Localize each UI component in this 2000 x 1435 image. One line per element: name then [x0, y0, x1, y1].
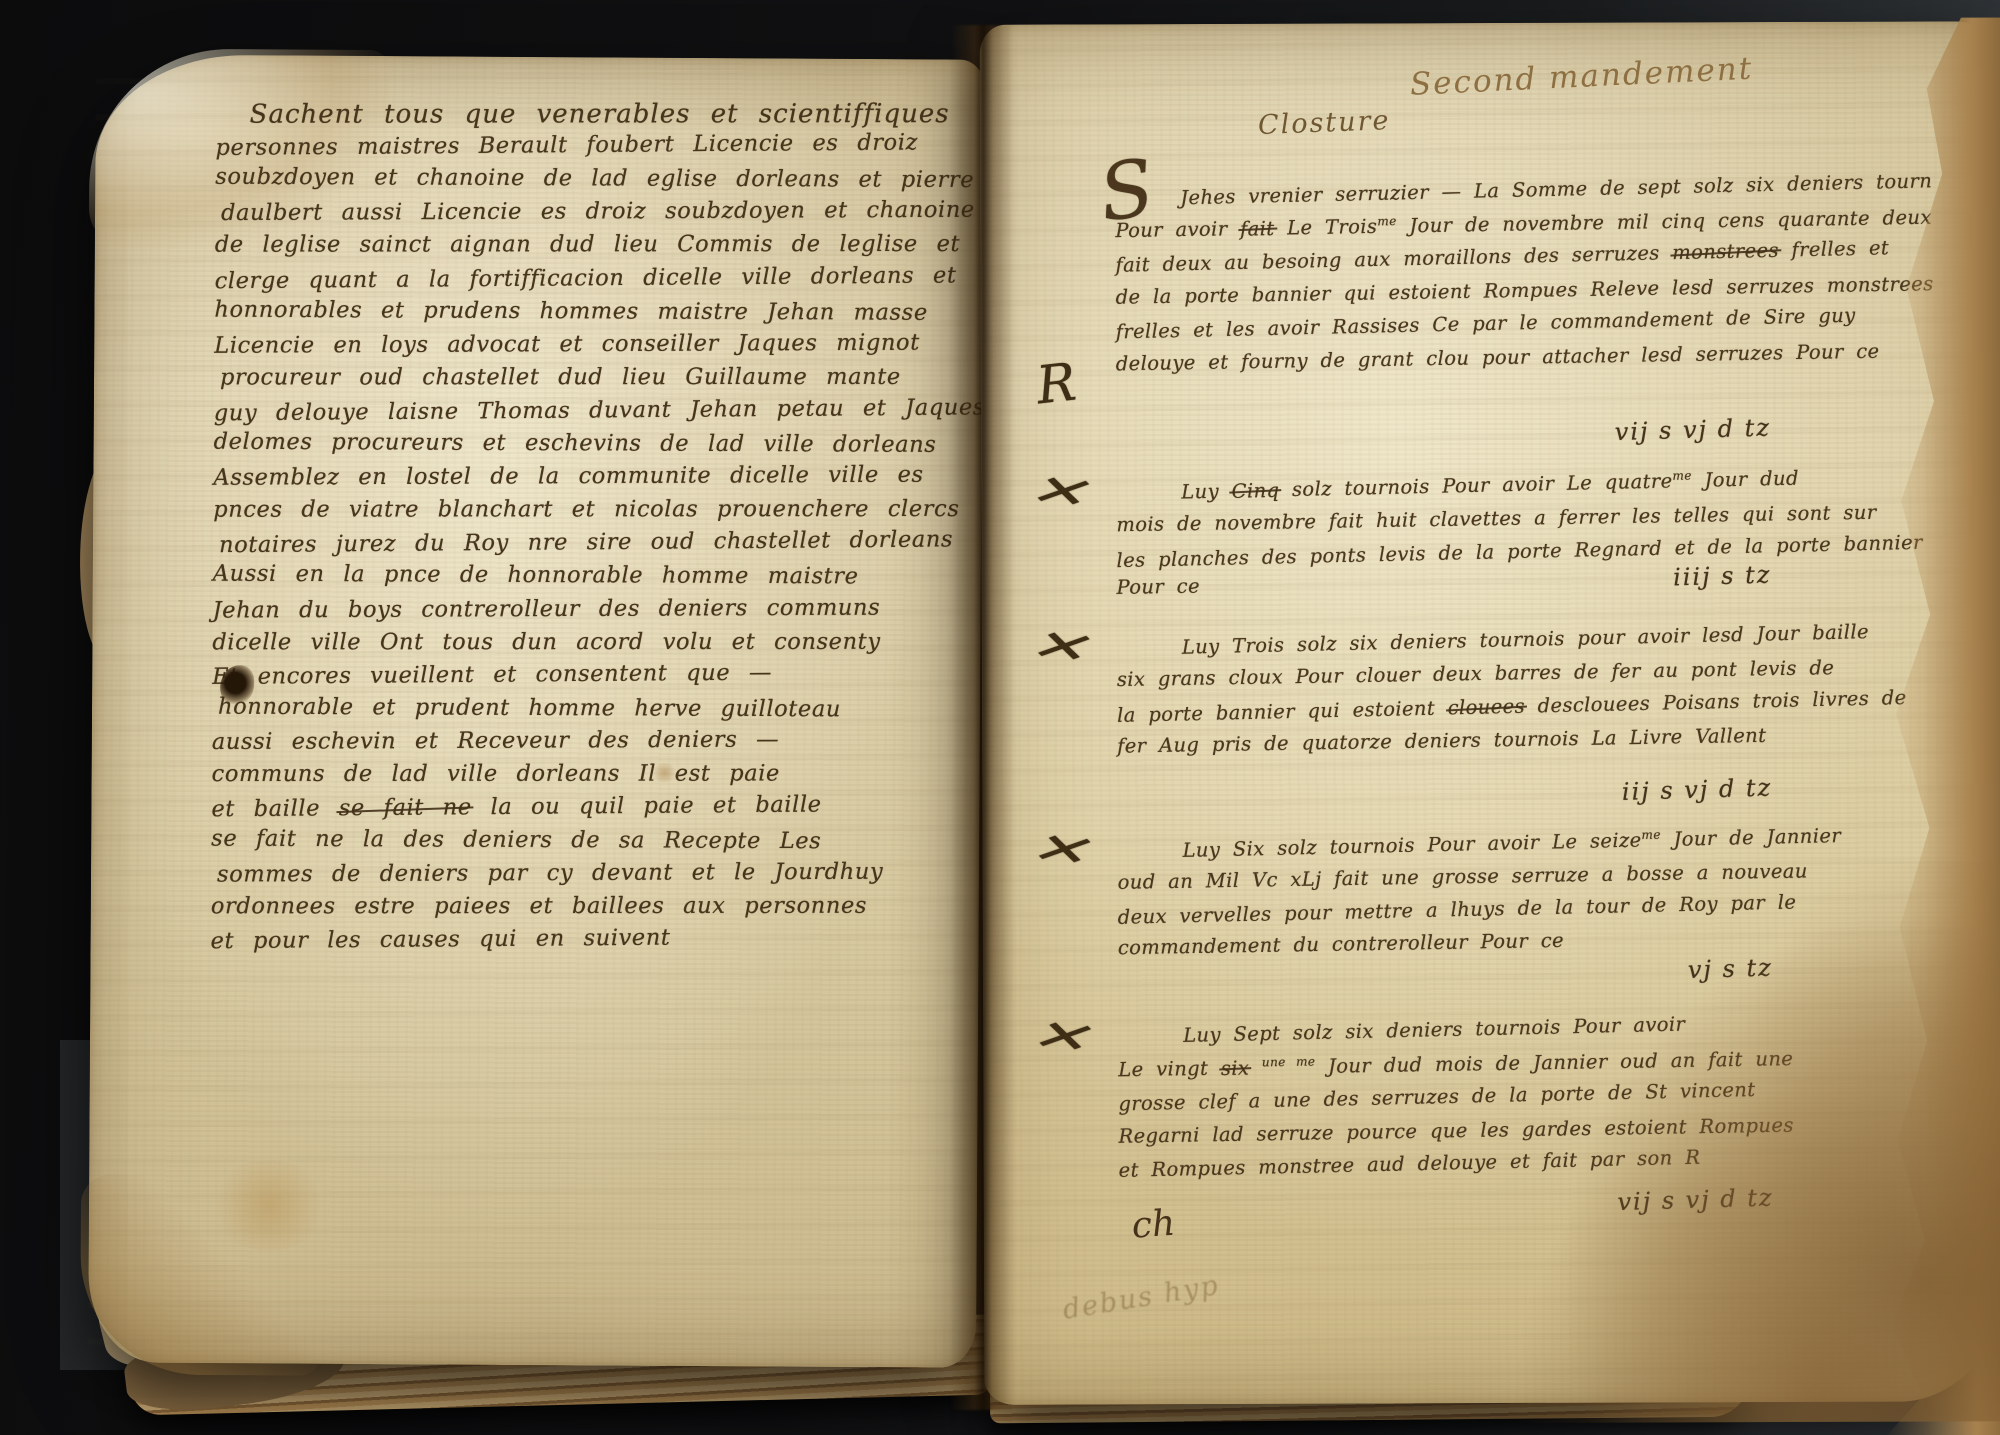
right-page-entries-block: SJehes vrenier serruzier — La Somme de s…: [980, 21, 2000, 25]
entry-cross-mark: ✕: [1026, 822, 1090, 877]
manuscript-photograph: Sachent tous que venerables et scientiff…: [0, 0, 2000, 1435]
book-gutter-shadow: [950, 25, 1014, 1410]
manuscript-line: de leglise sainct aignan dud lieu Commis…: [215, 231, 960, 258]
struck-word: se fait ne: [339, 794, 472, 821]
entry-line: Le vingt six une me Jour dud mois de Jan…: [1118, 1046, 1793, 1081]
entry-line: mois de novembre fait huit clavettes a f…: [1116, 500, 1876, 536]
entry-line: frelles et les avoir Rassises Ce par le …: [1115, 304, 1855, 344]
entry-amount: vj s tz: [1118, 953, 1774, 1000]
manuscript-line: delomes procureurs et eschevins de lad v…: [214, 429, 937, 458]
interlinear-word: me: [1672, 468, 1692, 482]
manuscript-line: honnorable et prudent homme herve guillo…: [218, 693, 841, 722]
entry-line: commandement du contrerolleur Pour ce: [1118, 928, 1565, 958]
manuscript-line: pnces de viatre blanchart et nicolas pro…: [213, 496, 959, 523]
manuscript-line: Licencie en loys advocat et conseiller J…: [214, 329, 920, 358]
manuscript-line: soubzdoyen et chanoine de lad eglise dor…: [215, 164, 974, 193]
marginal-mark: R: [1034, 353, 1079, 417]
manuscript-line: sommes de deniers par cy devant et le Jo…: [217, 859, 883, 888]
manuscript-line: et pour les causes qui en suivent: [211, 924, 671, 954]
left-page: Sachent tous que venerables et scientiff…: [88, 54, 984, 1367]
entry-line: Regarni lad serruze pource que les garde…: [1118, 1113, 1794, 1147]
manuscript-line: Sachent tous que venerables et scientiff…: [250, 99, 950, 130]
entry-line: six grans cloux Pour clouer deux barres …: [1117, 656, 1835, 691]
entry-cross-mark: ✕: [1025, 619, 1089, 674]
entry-line: Luy Trois solz six deniers tournois pour…: [1182, 620, 1870, 659]
clerk-paraph: ch: [1130, 1203, 1176, 1247]
entry-line: Luy Six solz tournois Pour avoir Le seiz…: [1182, 823, 1841, 861]
manuscript-line: se fait ne la des deniers de sa Recepte …: [211, 826, 821, 855]
struck-word: six: [1221, 1056, 1250, 1079]
entry-line: Luy Sept solz six deniers tournois Pour …: [1183, 1013, 1686, 1047]
manuscript-line: et baille se fait ne la ou quil paie et …: [211, 792, 821, 823]
entry-line: fait deux au besoing aux moraillons des …: [1115, 236, 1889, 277]
struck-word: Cinq: [1231, 478, 1279, 502]
right-page: Second mandement Closture R SJehes vreni…: [980, 21, 2000, 1405]
entry-line: fer Aug pris de quatorze deniers tournoi…: [1117, 723, 1767, 757]
entry-line: delouye et fourny de grant clou pour att…: [1116, 339, 1880, 375]
entry-initial-flourish: S: [1096, 158, 1157, 225]
section-heading: Closture: [1257, 105, 1391, 141]
faint-docket-note: debus hyp: [1061, 1270, 1222, 1326]
entry-amount: vij s vj d tz: [1118, 1183, 1774, 1230]
entry-cross-mark: ✕: [1026, 1009, 1090, 1064]
entry-amount: iij s vj d tz: [1117, 773, 1773, 820]
entry-line: la porte bannier qui estoient clouees de…: [1117, 686, 1907, 727]
manuscript-line: guy delouye laisne Thomas duvant Jehan p…: [214, 394, 985, 426]
manuscript-line: notaires jurez du Roy nre sire oud chast…: [219, 527, 953, 559]
manuscript-line: aussi eschevin et Receveur des deniers —: [212, 726, 779, 754]
manuscript-line: Et encores vueillent et consentent que —: [212, 659, 772, 689]
entry-line: grosse clef a une des serruzes de la por…: [1118, 1078, 1756, 1115]
entry-cross-mark: ✕: [1025, 464, 1089, 519]
manuscript-line: daulbert aussi Licencie es droiz soubzdo…: [221, 197, 975, 226]
manuscript-line: honnorables et prudens hommes maistre Je…: [214, 296, 927, 325]
manuscript-line: communs de lad ville dorleans Il est pai…: [212, 761, 780, 787]
entry-line: oud an Mil Vc xLj fait une grosse serruz…: [1117, 859, 1808, 893]
manuscript-line: personnes maistres Berault foubert Licen…: [215, 130, 918, 162]
entry-line: Pour avoir fait Le Troisme Jour de novem…: [1115, 205, 1932, 242]
manuscript-line: Assemblez en lostel de la communite dice…: [213, 462, 923, 491]
entry-line: de la porte bannier qui estoient Rompues…: [1115, 272, 1933, 309]
entry-amount: vij s vj d tz: [1116, 413, 1772, 460]
damaged-fore-edge: [1879, 17, 2000, 1435]
entry-line: et Rompues monstree aud delouye et fait …: [1118, 1146, 1700, 1182]
struck-word: fait: [1240, 216, 1275, 240]
entry-line: Luy Cinq solz tournois Pour avoir Le qua…: [1181, 466, 1799, 504]
page-header-title: Second mandement: [1409, 51, 1754, 103]
entry-line: Jehes vrenier serruzier — La Somme de se…: [1180, 169, 1932, 209]
struck-word: monstrees: [1672, 239, 1779, 264]
manuscript-line: ordonnees estre paiees et baillees aux p…: [211, 893, 867, 920]
foxing-spot: [209, 1160, 330, 1251]
interlinear-word: une me: [1262, 1054, 1316, 1069]
interlinear-word: me: [1641, 828, 1661, 842]
manuscript-line: dicelle ville Ont tous dun acord volu et…: [212, 628, 880, 655]
left-page-text-block: Sachent tous que venerables et scientiff…: [96, 54, 984, 59]
open-manuscript-book: Sachent tous que venerables et scientiff…: [70, 15, 1995, 1420]
struck-word: clouees: [1447, 695, 1525, 720]
interlinear-word: me: [1377, 214, 1397, 228]
entry-line: deux vervelles pour mettre a lhuys de la…: [1118, 890, 1797, 928]
manuscript-line: Aussi en la pnce de honnorable homme mai…: [213, 561, 859, 590]
manuscript-line: procureur oud chastellet dud lieu Guilla…: [220, 364, 901, 391]
manuscript-line: Jehan du boys contrerolleur des deniers …: [213, 594, 881, 623]
manuscript-line: clerge quant a la fortifficacion dicelle…: [215, 262, 957, 294]
entry-line: les planches des ponts levis de la porte…: [1116, 531, 1923, 572]
